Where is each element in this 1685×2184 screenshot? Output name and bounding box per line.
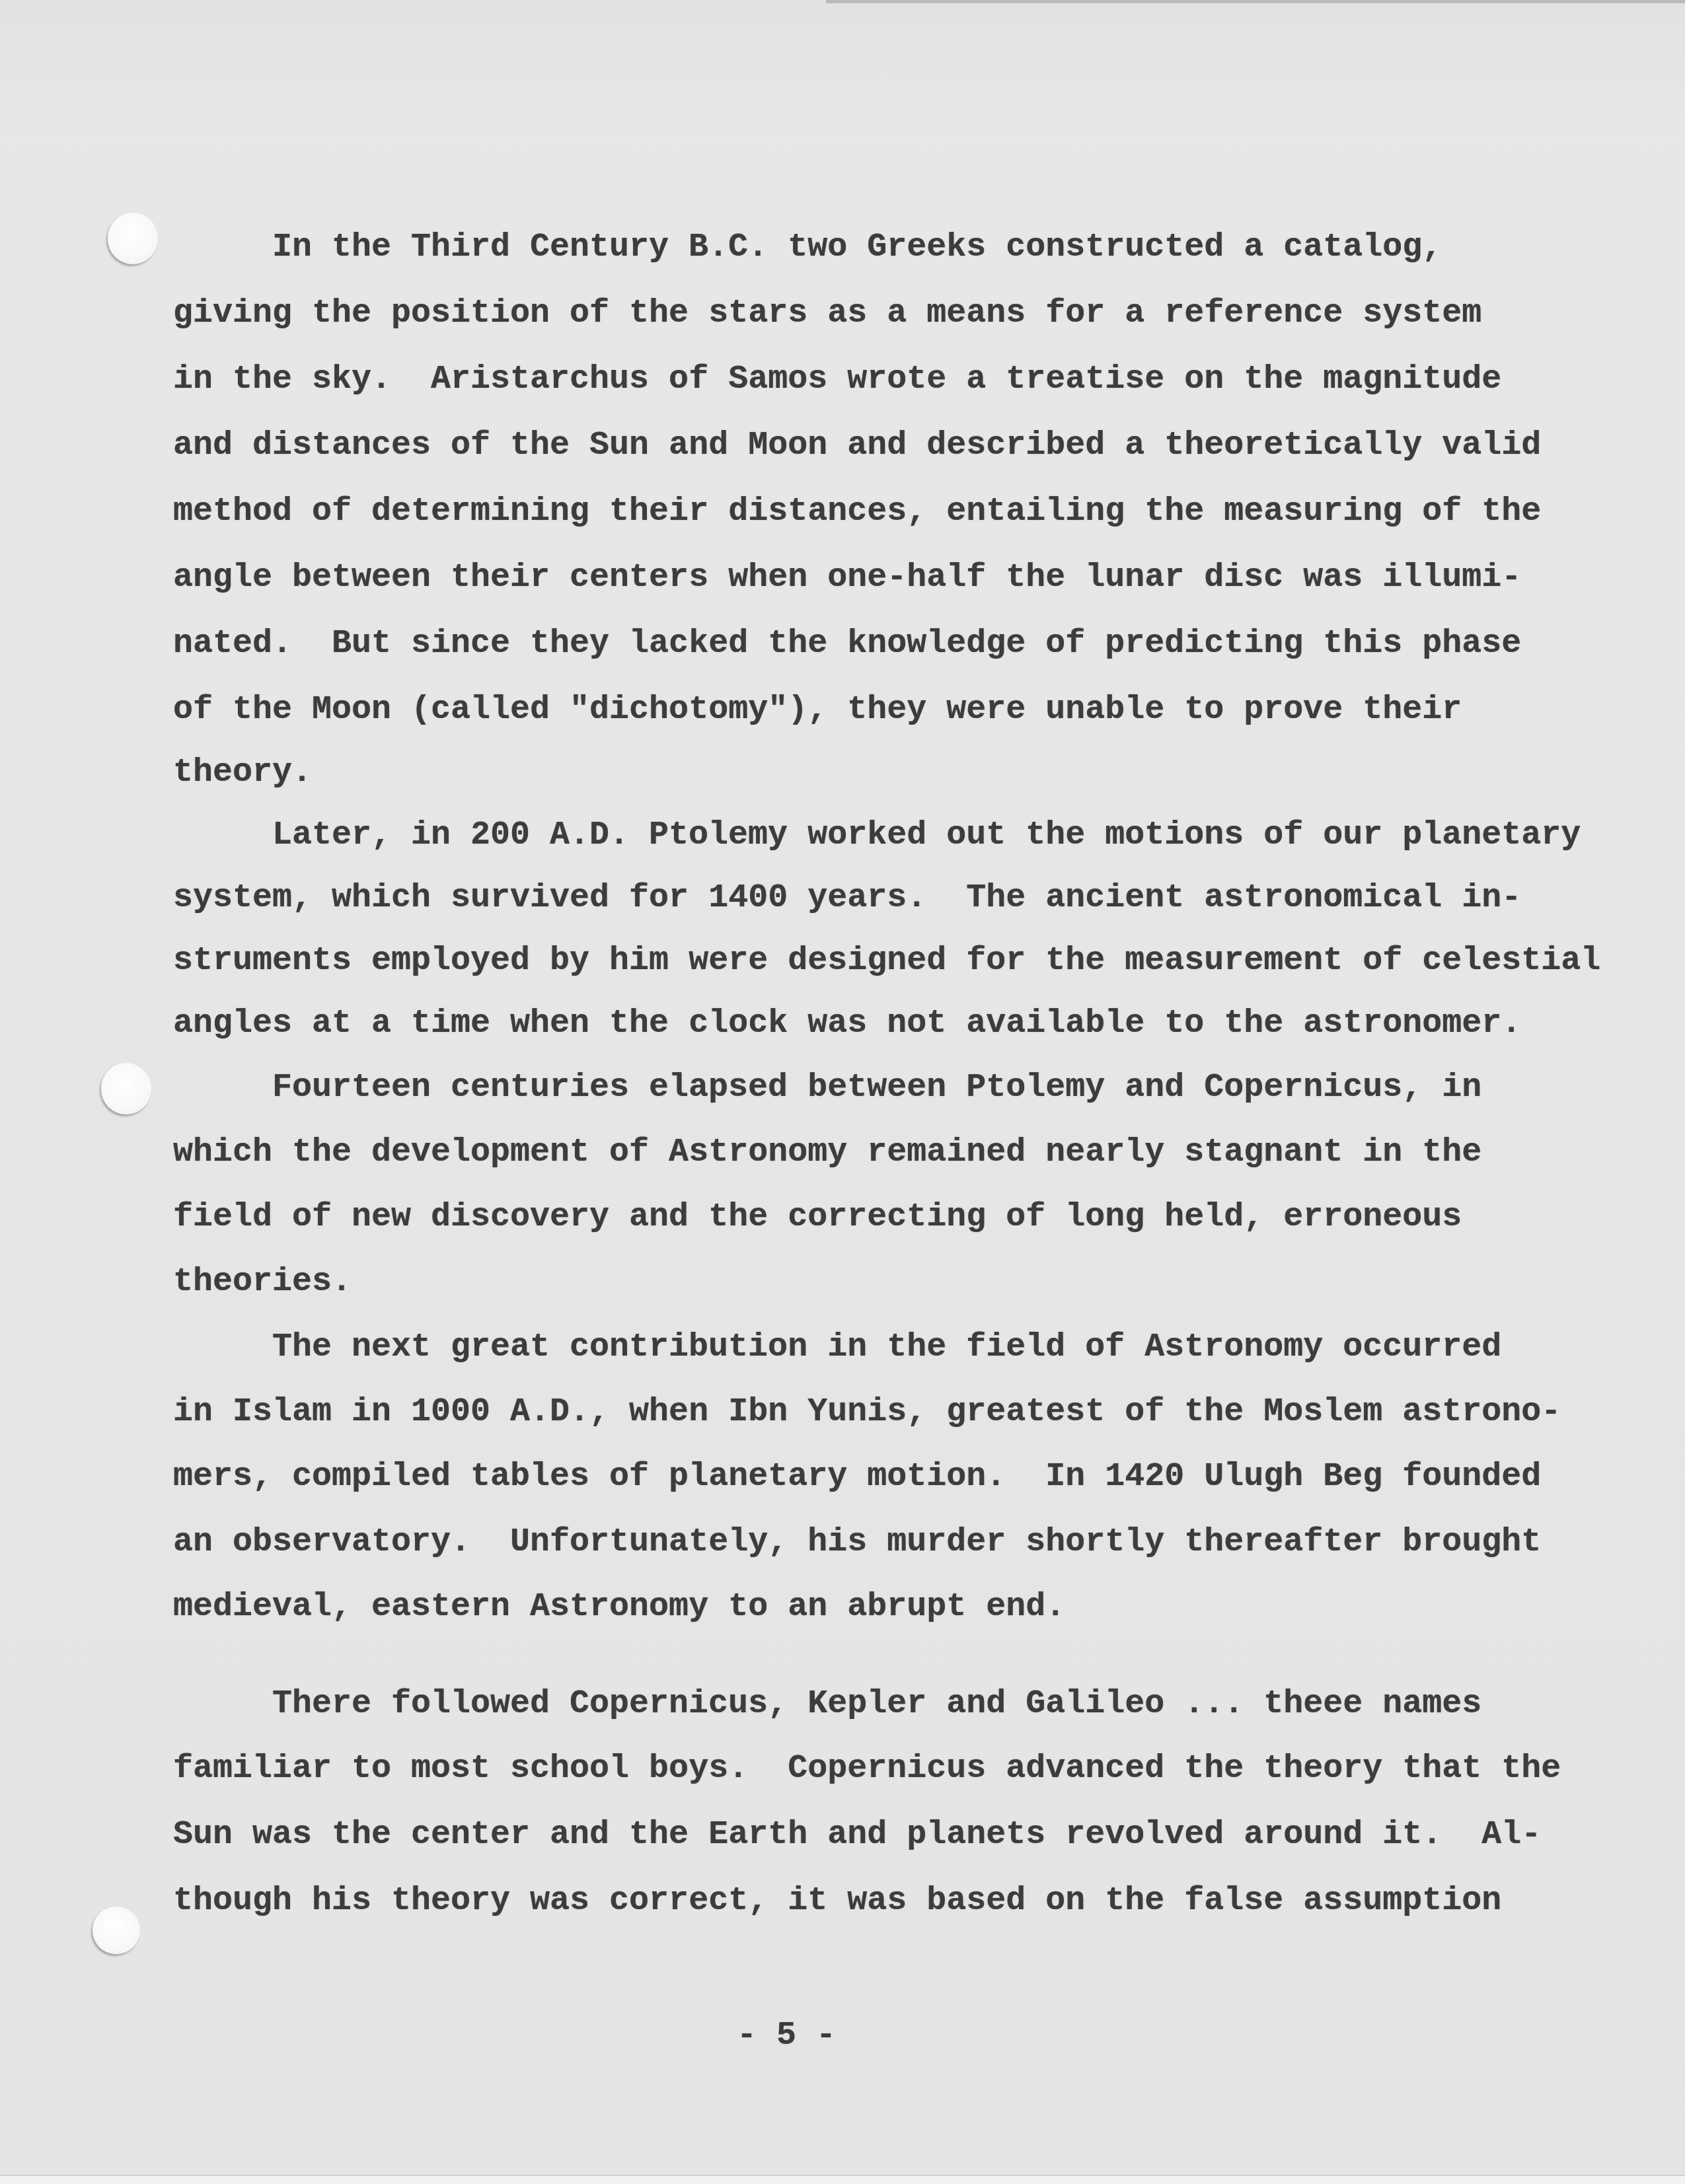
paragraph-4-line-1: The next great contribution in the field… bbox=[272, 1328, 1501, 1367]
paragraph-1-line-9: theory. bbox=[173, 753, 312, 793]
paragraph-4-line-2: in Islam in 1000 A.D., when Ibn Yunis, g… bbox=[173, 1393, 1561, 1432]
body-text: In the Third Century B.C. two Greeks con… bbox=[0, 0, 1685, 2184]
paragraph-1-line-1: In the Third Century B.C. two Greeks con… bbox=[272, 228, 1442, 268]
paragraph-1-line-6: angle between their centers when one-hal… bbox=[173, 558, 1521, 598]
scanned-page: In the Third Century B.C. two Greeks con… bbox=[0, 0, 1685, 2184]
paragraph-1-line-5: method of determining their distances, e… bbox=[173, 492, 1541, 532]
paragraph-3-line-3: field of new discovery and the correctin… bbox=[173, 1198, 1462, 1237]
paragraph-1-line-4: and distances of the Sun and Moon and de… bbox=[173, 426, 1541, 466]
paragraph-2-line-2: system, which survived for 1400 years. T… bbox=[173, 879, 1521, 918]
paragraph-4-line-3: mers, compiled tables of planetary motio… bbox=[173, 1457, 1541, 1497]
paragraph-1-line-8: of the Moon (called "dichotomy"), they w… bbox=[173, 690, 1462, 730]
paragraph-2-line-1: Later, in 200 A.D. Ptolemy worked out th… bbox=[272, 816, 1581, 855]
paragraph-1-line-2: giving the position of the stars as a me… bbox=[173, 294, 1481, 334]
paragraph-4-line-4: an observatory. Unfortunately, his murde… bbox=[173, 1523, 1541, 1562]
paragraph-5-line-4: though his theory was correct, it was ba… bbox=[173, 1881, 1501, 1921]
paragraph-5-line-2: familiar to most school boys. Copernicus… bbox=[173, 1749, 1561, 1789]
paragraph-5-line-1: There followed Copernicus, Kepler and Ga… bbox=[272, 1685, 1481, 1724]
paragraph-3-line-2: which the development of Astronomy remai… bbox=[173, 1133, 1481, 1173]
page-bottom-edge bbox=[0, 2175, 1685, 2184]
paragraph-1-line-3: in the sky. Aristarchus of Samos wrote a… bbox=[173, 360, 1501, 400]
paragraph-2-line-3: struments employed by him were designed … bbox=[173, 941, 1600, 981]
paragraph-4-line-5: medieval, eastern Astronomy to an abrupt… bbox=[173, 1587, 1065, 1627]
paragraph-3-line-4: theories. bbox=[173, 1262, 352, 1302]
paragraph-2-line-4: angles at a time when the clock was not … bbox=[173, 1004, 1521, 1044]
paragraph-3-line-1: Fourteen centuries elapsed between Ptole… bbox=[272, 1068, 1481, 1108]
page-number: - 5 - bbox=[727, 2016, 846, 2056]
paragraph-5-line-3: Sun was the center and the Earth and pla… bbox=[173, 1815, 1541, 1855]
paragraph-1-line-7: nated. But since they lacked the knowled… bbox=[173, 624, 1521, 664]
